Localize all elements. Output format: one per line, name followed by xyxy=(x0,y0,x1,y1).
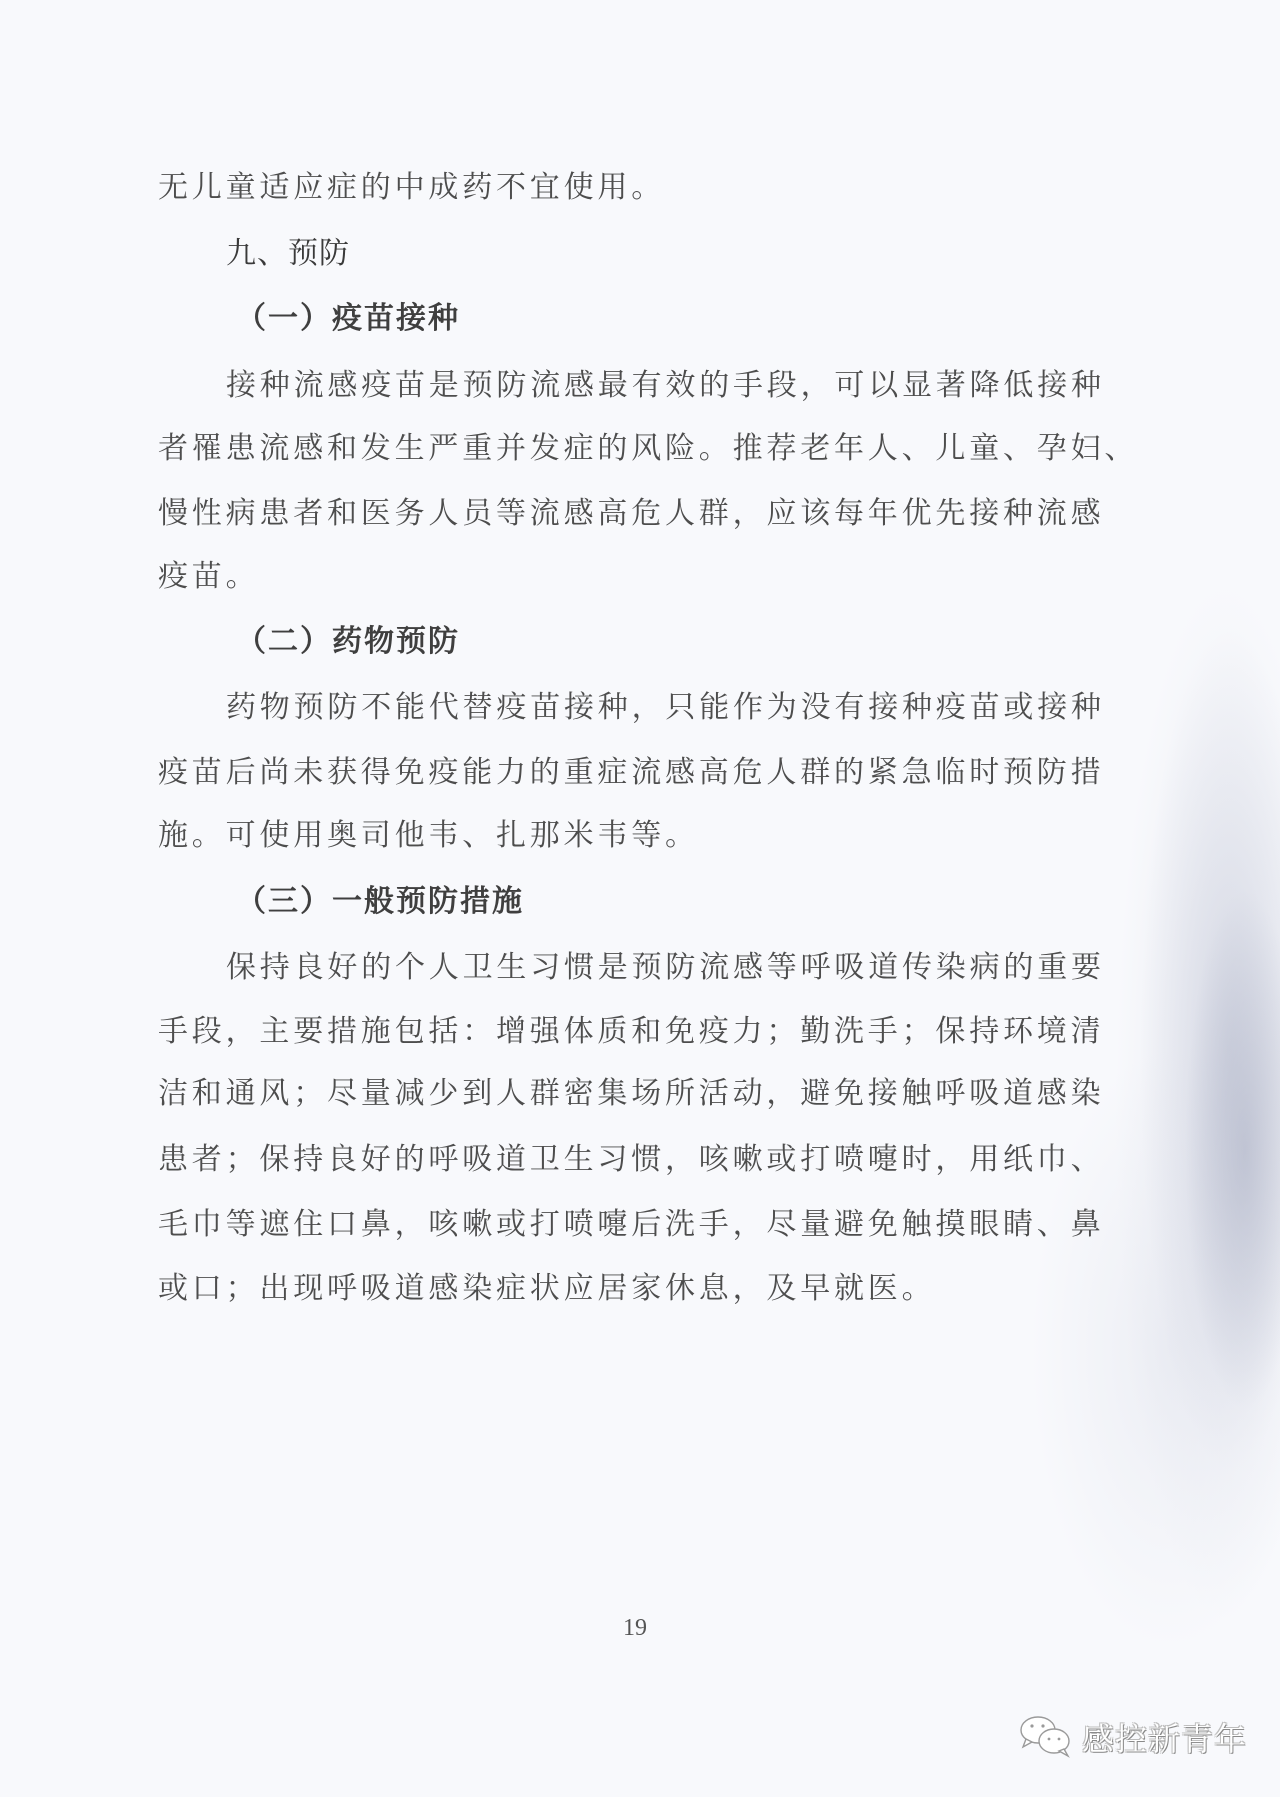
body-line: 疫苗后尚未获得免疫能力的重症流感高危人群的紧急临时预防措 xyxy=(158,753,1104,793)
body-line: 或口；出现呼吸道感染症状应居家休息，及早就医。 xyxy=(158,1269,935,1309)
body-line: 患者；保持良好的呼吸道卫生习惯，咳嗽或打喷嚏时，用纸巾、 xyxy=(158,1140,1104,1180)
subsection-heading-drug-prevention: （二）药物预防 xyxy=(236,622,460,662)
body-line: 无儿童适应症的中成药不宜使用。 xyxy=(158,168,665,208)
section-heading-prevention: 九、预防 xyxy=(226,234,350,274)
watermark: 感控新青年 xyxy=(1018,1712,1247,1762)
body-line: 者罹患流感和发生严重并发症的风险。推荐老年人、儿童、孕妇、 xyxy=(158,429,1138,469)
body-line: 洁和通风；尽量减少到人群密集场所活动，避免接触呼吸道感染 xyxy=(158,1074,1104,1114)
scanned-page: 无儿童适应症的中成药不宜使用。 九、预防 （一）疫苗接种 接种流感疫苗是预防流感… xyxy=(0,0,1280,1797)
watermark-text: 感控新青年 xyxy=(1082,1714,1247,1760)
body-line: 施。可使用奥司他韦、扎那米韦等。 xyxy=(158,816,699,856)
wechat-icon xyxy=(1018,1714,1074,1760)
body-line: 毛巾等遮住口鼻，咳嗽或打喷嚏后洗手，尽量避免触摸眼睛、鼻 xyxy=(158,1205,1104,1245)
body-line: 保持良好的个人卫生习惯是预防流感等呼吸道传染病的重要 xyxy=(226,948,1105,988)
body-line: 慢性病患者和医务人员等流感高危人群，应该每年优先接种流感 xyxy=(158,494,1104,534)
body-line: 药物预防不能代替疫苗接种，只能作为没有接种疫苗或接种 xyxy=(226,688,1105,728)
body-line: 接种流感疫苗是预防流感最有效的手段，可以显著降低接种 xyxy=(226,366,1105,406)
subsection-heading-general-measures: （三）一般预防措施 xyxy=(236,882,524,922)
subsection-heading-vaccination: （一）疫苗接种 xyxy=(236,299,460,339)
body-line: 手段，主要措施包括：增强体质和免疫力；勤洗手；保持环境清 xyxy=(158,1012,1104,1052)
body-line: 疫苗。 xyxy=(158,557,259,597)
page-number: 19 xyxy=(620,1615,650,1642)
